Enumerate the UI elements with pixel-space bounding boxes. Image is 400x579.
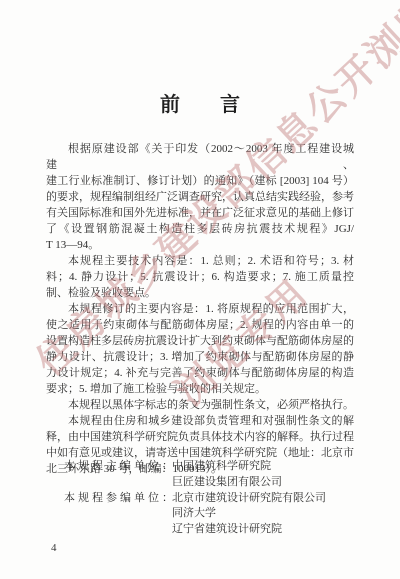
text-line: 的要求，规程编制组经广泛调查研究，认真总结实践经验，参考 bbox=[46, 189, 354, 205]
unit-name: 中国建筑科学研究院 bbox=[172, 459, 376, 475]
text-line: 了《设置钢筋混凝土构造柱多层砖房抗震技术规程》JGJ/ bbox=[46, 221, 354, 237]
foreword-body-text: 根据原建设部《关于印发（2002～2003 年度工程建设城建、建工行业标准制订、… bbox=[46, 141, 354, 477]
text-line: 本规程以黑体字标志的条文为强制性条文，必须严格执行。 bbox=[46, 397, 354, 413]
unit-name: 同济大学 bbox=[172, 506, 376, 522]
unit-names: 中国建筑科学研究院巨匠建设集团有限公司 bbox=[172, 459, 376, 491]
unit-label: 本规程主编单位： bbox=[46, 459, 172, 491]
unit-name: 辽宁省建筑设计研究院 bbox=[172, 522, 376, 538]
unit-name: 北京市建筑设计研究院有限公司 bbox=[172, 491, 376, 507]
text-line: 要求；5. 增加了施工检验与验收的相关规定。 bbox=[46, 381, 354, 397]
text-line: 本规程由住房和城乡建设部负责管理和对强制性条文的解 bbox=[46, 413, 354, 429]
text-line: 根据原建设部《关于印发（2002～2003 年度工程建设城建、 bbox=[46, 141, 354, 173]
text-line: 制、检验及验收要点。 bbox=[46, 285, 354, 301]
scanned-document-page: 住房城乡建设部信息公开浏览专用 浏览专用 前 言 根据原建设部《关于印发（200… bbox=[0, 0, 400, 579]
text-line: 设置构造柱多层砖房抗震设计扩大到约束砌体与配筋砌体房屋的 bbox=[46, 333, 354, 349]
text-line: 释，由中国建筑科学研究院负责具体技术内容的解释。执行过程 bbox=[46, 429, 354, 445]
text-line: 料；4. 静力设计；5. 抗震设计；6. 构造要求；7. 施工质量控 bbox=[46, 269, 354, 285]
text-line: 力设计规定；4. 补充与完善了约束砌体与配筋砌体房屋的构造 bbox=[46, 365, 354, 381]
unit-label: 本规程参编单位： bbox=[46, 491, 172, 538]
text-line: T 13—94。 bbox=[46, 237, 354, 253]
unit-names: 北京市建筑设计研究院有限公司同济大学辽宁省建筑设计研究院 bbox=[172, 491, 376, 538]
editor-units-block: 本规程主编单位：中国建筑科学研究院巨匠建设集团有限公司本规程参编单位：北京市建筑… bbox=[46, 459, 376, 538]
text-line: 使之适用于约束砌体与配筋砌体房屋；2. 规程的内容由单一的 bbox=[46, 317, 354, 333]
page-number: 4 bbox=[51, 542, 57, 554]
text-line: 建工行业标准制订、修订计划）的通知》（建标 [2003] 104 号） bbox=[46, 173, 354, 189]
text-line: 静力设计、抗震设计；3. 增加了约束砌体与配筋砌体房屋的静 bbox=[46, 349, 354, 365]
unit-row: 本规程主编单位：中国建筑科学研究院巨匠建设集团有限公司 bbox=[46, 459, 376, 491]
unit-row: 本规程参编单位：北京市建筑设计研究院有限公司同济大学辽宁省建筑设计研究院 bbox=[46, 491, 376, 538]
unit-name: 巨匠建设集团有限公司 bbox=[172, 475, 376, 491]
text-line: 有关国际标准和国外先进标准，并在广泛征求意见的基础上修订 bbox=[46, 205, 354, 221]
text-line: 本规程修订的主要内容是：1. 将原规程的应用范围扩大， bbox=[46, 301, 354, 317]
text-line: 本规程主要技术内容是：1. 总则；2. 术语和符号；3. 材 bbox=[46, 253, 354, 269]
page-title: 前 言 bbox=[0, 95, 400, 115]
